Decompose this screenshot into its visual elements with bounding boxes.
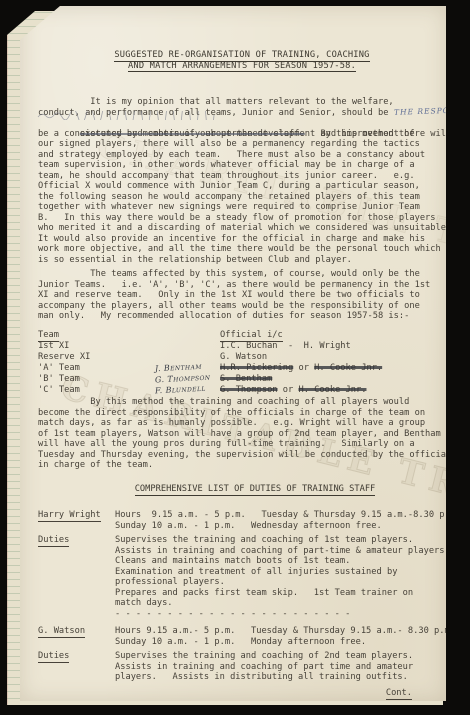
- typed-line: Cleans and maintains match boots of 1st …: [115, 556, 446, 567]
- paragraph-teams-affected: The teams affected by this system, of co…: [38, 269, 446, 322]
- typed-line: Official X would commence with Junior Te…: [38, 181, 446, 192]
- typed-line: players. Assists in distributing all tra…: [115, 672, 446, 683]
- typed-text: or: [293, 363, 314, 373]
- staff-section-watson-hours: G. Watson Hours 9.15 a.m.- 5 p.m. Tuesda…: [38, 626, 446, 647]
- typed-line: conduct, and performance of all teams, J…: [38, 108, 446, 119]
- team-cell: 1st XI: [38, 341, 155, 352]
- typed-text: or: [278, 385, 299, 395]
- typed-line: Tuesday and Thursday evening, the superv…: [38, 450, 446, 461]
- section-separator: - - - - - - - - - - - - - - - - - - - - …: [38, 609, 446, 620]
- table-row: 'A' Team J. Bentham H.R. Pickering or H.…: [38, 363, 446, 374]
- official-cell: I.C. Buchan - H. Wright: [220, 341, 446, 352]
- typed-text: By this method there will: [305, 129, 446, 139]
- typed-line: our signed players, there will also be a…: [38, 139, 446, 150]
- typed-line: team supervision, in other words whateve…: [38, 160, 446, 171]
- table-row: Reserve XI G. Watson: [38, 352, 446, 363]
- table-header: Team Official i/c: [38, 330, 446, 341]
- typed-line: together with whatever new signings were…: [38, 202, 446, 213]
- duties-label: Duties: [38, 651, 69, 663]
- hours-lines: Hours 9.15 a.m. - 5 p.m. Tuesday & Thurs…: [115, 510, 446, 531]
- typed-line: B. In this way there would be a steady f…: [38, 213, 446, 224]
- typed-line: It would also provide an incentive for t…: [38, 234, 446, 245]
- typed-line: Assists in training and coaching of part…: [115, 546, 446, 557]
- continuation-label: Cont.: [38, 688, 446, 699]
- staff-name: Harry Wright: [38, 510, 101, 522]
- duties-label: Duties: [38, 535, 69, 547]
- paragraph-lines: be a consistency and continuity about th…: [38, 129, 446, 266]
- struck-official-name: G. Thompson: [220, 385, 278, 395]
- allocation-table: Team Official i/c 1st XI I.C. Buchan - H…: [38, 330, 446, 396]
- typed-line: of 1st team players, Watson will have a …: [38, 429, 446, 440]
- staff-name: G. Watson: [38, 626, 85, 638]
- table-row: 'C' Team F. Blundell G. Thompson or H. C…: [38, 385, 446, 396]
- dashed-rule: - - - - - - - - - - - - - - - - - - - - …: [115, 609, 350, 619]
- paragraph-method: By this method the training and coaching…: [38, 397, 446, 471]
- typed-line: Hours 9.15 a.m. - 5 p.m. Tuesday & Thurs…: [115, 510, 446, 521]
- typed-line: It is my opinion that all matters releva…: [38, 97, 446, 108]
- typed-line: will have all the young pros during full…: [38, 439, 446, 450]
- team-cell: 'B' Team: [38, 374, 155, 385]
- typed-line: executed by members of our permanent sta…: [38, 118, 446, 129]
- typed-line: Junior Teams. i.e. 'A', 'B', 'C', as the…: [38, 280, 446, 291]
- typed-line: Supervises the training and coaching of …: [115, 535, 446, 546]
- typed-line: match days.: [115, 598, 446, 609]
- typed-line: work more objective, and all the time th…: [38, 244, 446, 255]
- paragraph-lines: The teams affected by this system, of co…: [38, 269, 446, 322]
- typed-line: XI and reserve team. Only in the 1st XI …: [38, 290, 446, 301]
- column-header-team: Team: [38, 330, 59, 342]
- staff-section-wright-duties: Duties Supervises the training and coach…: [38, 535, 446, 609]
- struck-official-name: H. Cooke Jnr.: [298, 385, 366, 395]
- typed-line: Examination and treatment of all injurie…: [115, 567, 446, 578]
- typed-line: Prepares and packs first team skip. 1st …: [115, 588, 446, 599]
- typed-line: By this method the training and coaching…: [38, 397, 446, 408]
- typed-line: and strategy employed by each team. Ther…: [38, 150, 446, 161]
- typed-line: Sunday 10 a.m. - 1 p.m. Wednesday aftern…: [115, 521, 446, 532]
- typed-line: Supervises the training and coaching of …: [115, 651, 446, 662]
- typed-line: man only. My recommended allocation of d…: [38, 311, 446, 322]
- typed-line: accompany the players, all other teams w…: [38, 301, 446, 312]
- typed-line: professional players.: [115, 577, 446, 588]
- column-header-official: Official i/c: [220, 330, 283, 342]
- typed-line: become the direct responsibility of the …: [38, 408, 446, 419]
- paragraph-lines: By this method the training and coaching…: [38, 397, 446, 471]
- typed-line: The teams affected by this system, of co…: [38, 269, 446, 280]
- cont-text: Cont.: [386, 688, 412, 700]
- duties-lines: Supervises the training and coaching of …: [115, 651, 446, 683]
- typed-line: the following season he would accompany …: [38, 192, 446, 203]
- struck-typed-text: executed by members of our permanent sta…: [80, 129, 305, 139]
- struck-official-name: S. Bentham: [220, 374, 272, 384]
- hours-lines: Hours 9.15 a.m.- 5 p.m. Tuesday & Thursd…: [115, 626, 446, 647]
- team-cell: 'A' Team: [38, 363, 155, 374]
- typed-line: in charge of the team.: [38, 460, 446, 471]
- typed-line: Sunday 10 a.m. - 1 p.m. Monday afternoon…: [115, 637, 446, 648]
- staff-section-watson-duties: Duties Supervises the training and coach…: [38, 651, 446, 683]
- team-cell: Reserve XI: [38, 352, 155, 363]
- typed-line: is so essential in the relationship betw…: [38, 255, 446, 266]
- typed-line: team, he should accompany that team thro…: [38, 171, 446, 182]
- typed-text: conduct, and performance of all teams, J…: [38, 108, 388, 118]
- duties-lines: Supervises the training and coaching of …: [115, 535, 446, 609]
- handwritten-official-name: F. Blundell: [155, 383, 206, 397]
- typed-line: Hours 9.15 a.m.- 5 p.m. Tuesday & Thursd…: [115, 626, 446, 637]
- team-cell: 'C' Team: [38, 385, 155, 396]
- document-page: CHARITABLE TRUST CHARITABLE TRUST SUGGES…: [20, 6, 446, 701]
- struck-official-name: H. Cooke Jnr.: [314, 363, 382, 373]
- typed-line: match days, as far as is humanly possibl…: [38, 418, 446, 429]
- title-line-1: SUGGESTED RE-ORGANISATION OF TRAINING, C…: [114, 50, 369, 62]
- official-cell: G. Watson: [220, 352, 446, 363]
- title-line-2: AND MATCH ARRANGEMENTS FOR SEASON 1957-5…: [128, 61, 356, 73]
- struck-official-name: H.R. Pickering: [220, 363, 293, 373]
- paragraph-intro: It is my opinion that all matters releva…: [38, 97, 446, 265]
- scan-background: CHARITABLE TRUST CHARITABLE TRUST SUGGES…: [0, 0, 470, 715]
- typed-line: who merited it and a discarding of mater…: [38, 223, 446, 234]
- document-title: SUGGESTED RE-ORGANISATION OF TRAINING, C…: [38, 50, 446, 71]
- typed-line: Assists in training and coaching of part…: [115, 662, 446, 673]
- heading-text: COMPREHENSIVE LIST OF DUTIES OF TRAINING…: [135, 484, 376, 496]
- table-row: 'B' Team G. Thompson S. Bentham: [38, 374, 446, 385]
- duties-section-heading: COMPREHENSIVE LIST OF DUTIES OF TRAINING…: [64, 484, 446, 495]
- staff-section-wright-hours: Harry Wright Hours 9.15 a.m. - 5 p.m. Tu…: [38, 510, 446, 531]
- table-row: 1st XI I.C. Buchan - H. Wright: [38, 341, 446, 352]
